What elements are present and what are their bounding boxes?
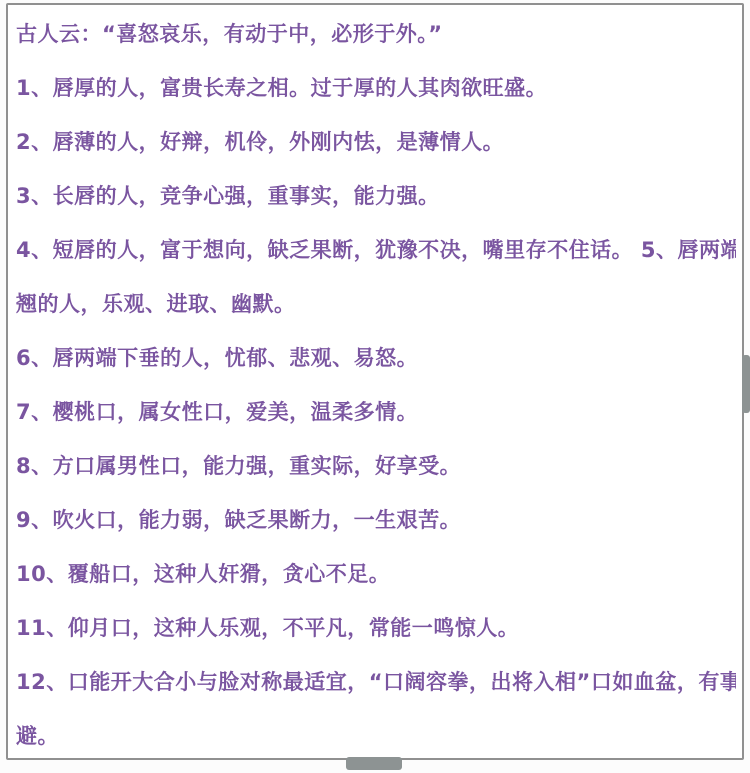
text-line-6: 6、唇两端下垂的人，忧郁、悲观、易怒。 — [16, 331, 736, 385]
text-line-10: 10、覆船口，这种人奸猾，贪心不足。 — [16, 547, 736, 601]
text-line-9: 9、吹火口，能力弱，缺乏果断力，一生艰苦。 — [16, 493, 736, 547]
article-body: 古人云：“喜怒哀乐，有动于中，必形于外。” 1、唇厚的人，富贵长寿之相。过于厚的… — [8, 5, 742, 760]
horizontal-scrollbar-thumb[interactable] — [346, 757, 402, 770]
text-line-13: 避。 — [16, 709, 736, 760]
text-line-5: 翘的人，乐观、进取、幽默。 — [16, 277, 736, 331]
text-line-4: 4、短唇的人，富于想向，缺乏果断，犹豫不决，嘴里存不住话。 5、唇两端上 — [16, 223, 736, 277]
document-page: 古人云：“喜怒哀乐，有动于中，必形于外。” 1、唇厚的人，富贵长寿之相。过于厚的… — [6, 3, 744, 760]
text-line-7: 7、樱桃口，属女性口，爱美，温柔多情。 — [16, 385, 736, 439]
quote-line: 古人云：“喜怒哀乐，有动于中，必形于外。” — [16, 7, 736, 61]
text-line-2: 2、唇薄的人，好辩，机伶，外刚内怯，是薄情人。 — [16, 115, 736, 169]
text-line-1: 1、唇厚的人，富贵长寿之相。过于厚的人其肉欲旺盛。 — [16, 61, 736, 115]
text-line-11: 11、仰月口，这种人乐观，不平凡，常能一鸣惊人。 — [16, 601, 736, 655]
text-line-12: 12、口能开大合小与脸对称最适宜，“口阔容拳，出将入相”口如血盆，有事难 — [16, 655, 736, 709]
text-line-3: 3、长唇的人，竞争心强，重事实，能力强。 — [16, 169, 736, 223]
vertical-scrollbar-thumb[interactable] — [742, 355, 750, 413]
text-line-8: 8、方口属男性口，能力强，重实际，好享受。 — [16, 439, 736, 493]
